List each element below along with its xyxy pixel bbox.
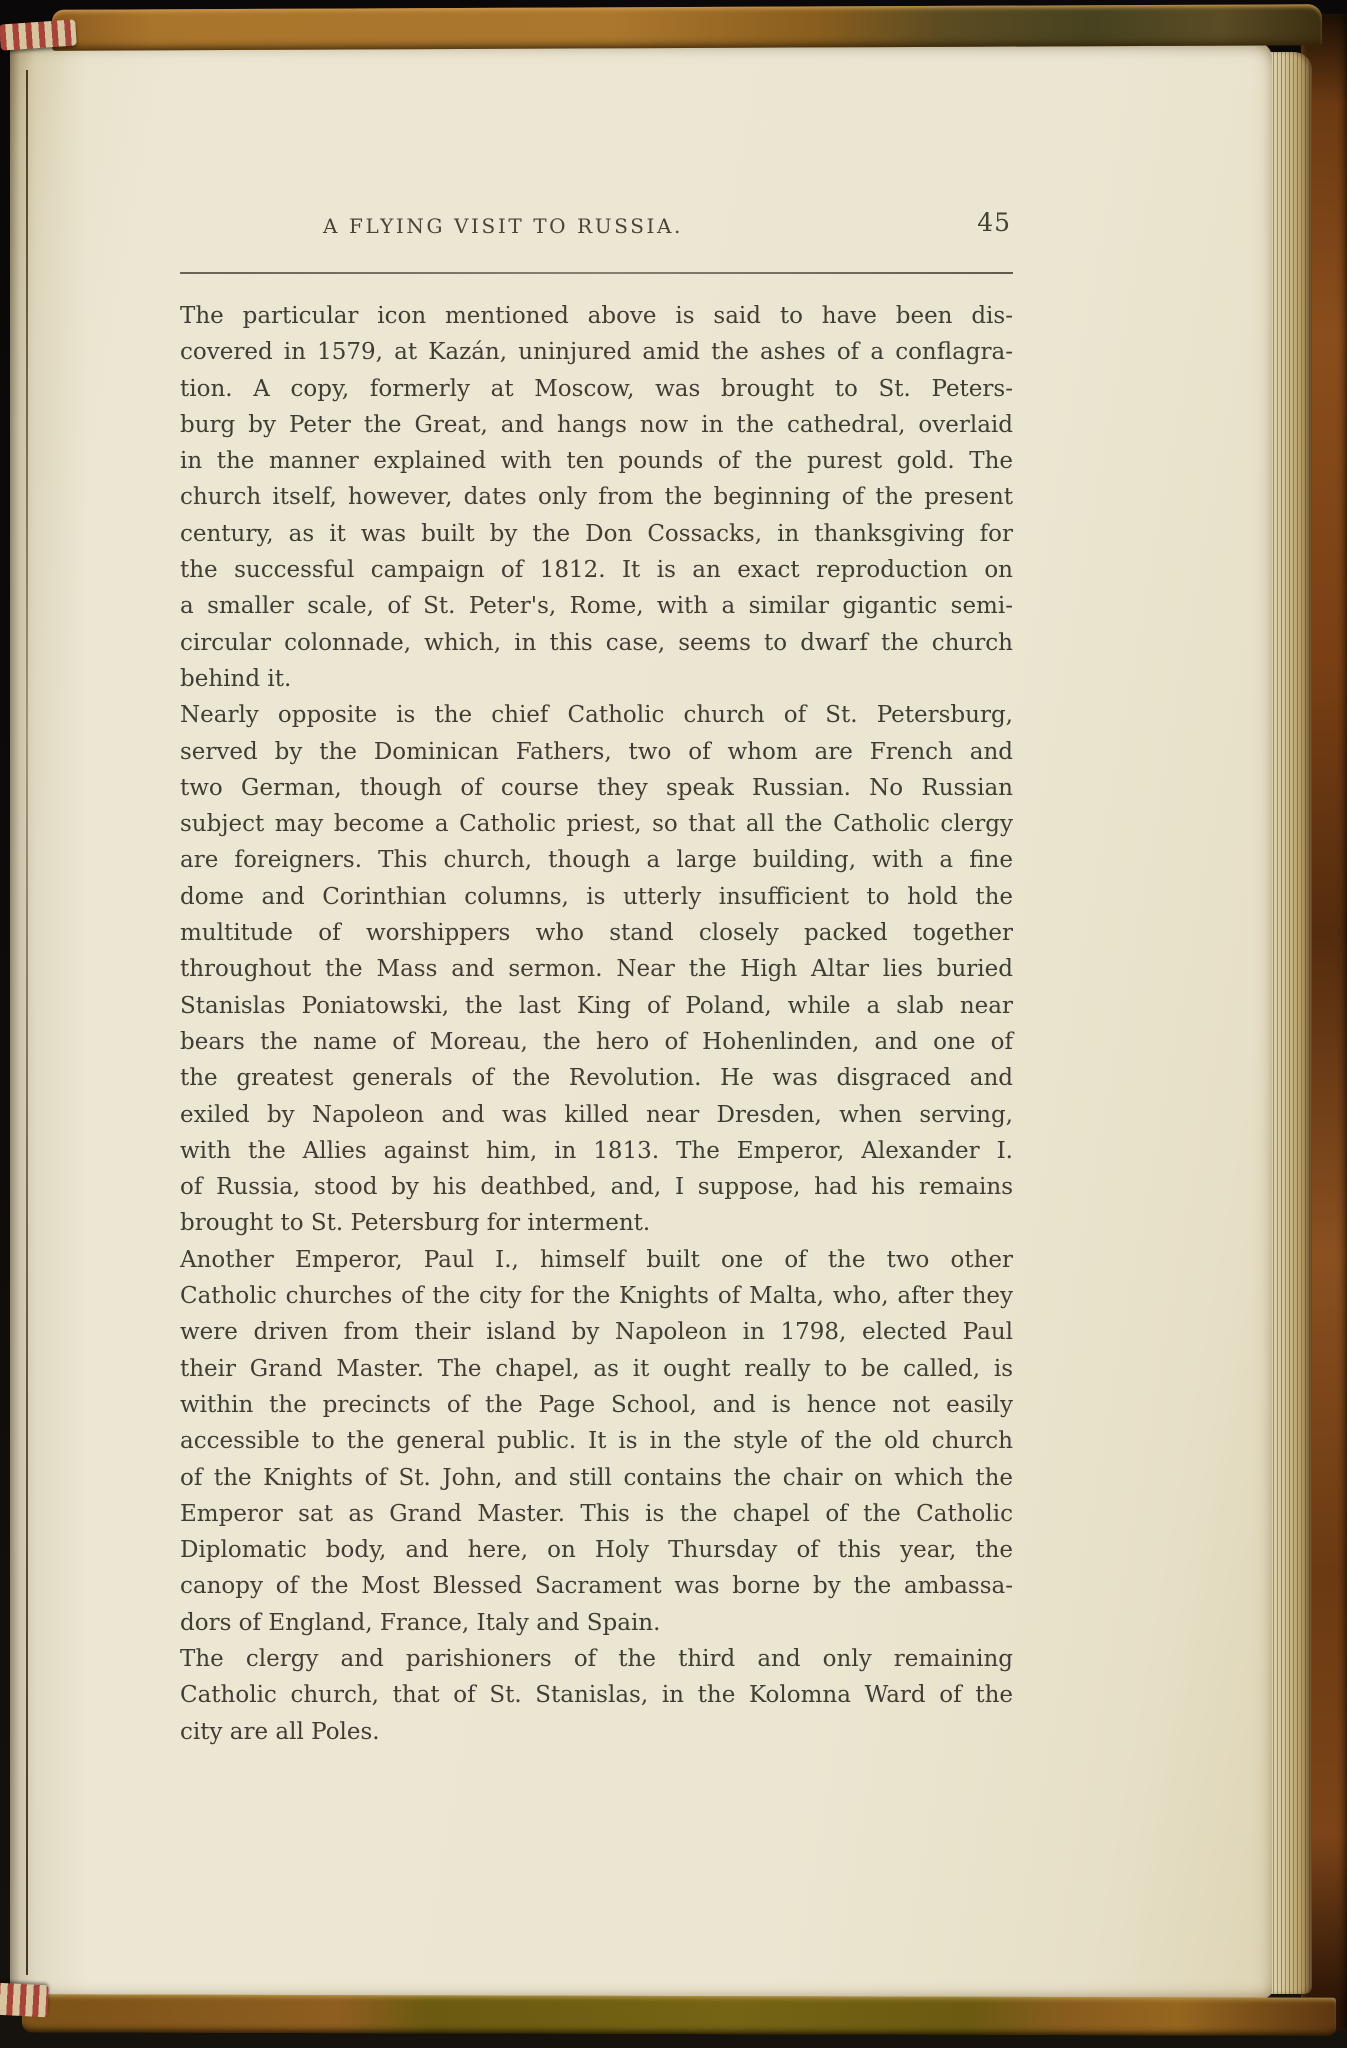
printed-page-content: A FLYING VISIT TO RUSSIA. 45 The particu…: [180, 212, 1013, 272]
text-line: church itself, however, dates only from …: [180, 479, 1013, 515]
paragraph-4: The clergy and parishioners of the third…: [180, 1641, 1013, 1750]
text-line: canopy of the Most Blessed Sacrament was…: [180, 1568, 1013, 1604]
spine-gutter-shadow: [10, 42, 88, 1998]
text-line: Diplomatic body, and here, on Holy Thurs…: [180, 1532, 1013, 1568]
headband-bottom: [0, 1983, 49, 2018]
spine-gutter-crease: [26, 70, 28, 1975]
text-line: brought to St. Petersburg for interment.: [180, 1205, 1013, 1241]
text-line: Catholic churches of the city for the Kn…: [180, 1278, 1013, 1314]
text-line: the greatest generals of the Revolution.…: [180, 1060, 1013, 1096]
text-line: Another Emperor, Paul I., himself built …: [180, 1242, 1013, 1278]
book-cover-bottom-edge: [22, 1994, 1336, 2035]
text-line: Emperor sat as Grand Master. This is the…: [180, 1496, 1013, 1532]
text-line: were driven from their island by Napoleo…: [180, 1314, 1013, 1350]
text-line: their Grand Master. The chapel, as it ou…: [180, 1351, 1013, 1387]
running-header-title: A FLYING VISIT TO RUSSIA.: [323, 214, 683, 238]
page-number: 45: [977, 208, 1011, 237]
text-line: dome and Corinthian columns, is utterly …: [180, 879, 1013, 915]
paragraph-1: The particular icon mentioned above is s…: [180, 298, 1013, 697]
text-line: with the Allies against him, in 1813. Th…: [180, 1133, 1013, 1169]
text-line: Nearly opposite is the chief Catholic ch…: [180, 697, 1013, 733]
page-stack-fore-edge: [1266, 52, 1312, 1994]
text-line: circular colonnade, which, in this case,…: [180, 625, 1013, 661]
text-line: within the precincts of the Page School,…: [180, 1387, 1013, 1423]
text-line: subject may become a Catholic priest, so…: [180, 806, 1013, 842]
text-line: Catholic church, that of St. Stanislas, …: [180, 1677, 1013, 1713]
book-cover-top-edge: [52, 4, 1322, 51]
text-line: The particular icon mentioned above is s…: [180, 298, 1013, 334]
text-line: exiled by Napoleon and was killed near D…: [180, 1097, 1013, 1133]
text-line: bears the name of Moreau, the hero of Ho…: [180, 1024, 1013, 1060]
text-line: accessible to the general public. It is …: [180, 1423, 1013, 1459]
text-line: behind it.: [180, 661, 1013, 697]
header-rule: [180, 272, 1013, 274]
running-header: A FLYING VISIT TO RUSSIA. 45: [180, 212, 1013, 272]
paragraph-2: Nearly opposite is the chief Catholic ch…: [180, 697, 1013, 1241]
photographed-book: A FLYING VISIT TO RUSSIA. 45 The particu…: [0, 0, 1347, 2048]
text-line: are foreigners. This church, though a la…: [180, 842, 1013, 878]
headband-top: [0, 19, 77, 50]
paragraph-3: Another Emperor, Paul I., himself built …: [180, 1242, 1013, 1641]
text-line: of the Knights of St. John, and still co…: [180, 1460, 1013, 1496]
text-line: throughout the Mass and sermon. Near the…: [180, 951, 1013, 987]
text-line: covered in 1579, at Kazán, uninjured ami…: [180, 334, 1013, 370]
text-line: The clergy and parishioners of the third…: [180, 1641, 1013, 1677]
text-line: of Russia, stood by his deathbed, and, I…: [180, 1169, 1013, 1205]
text-line: in the manner explained with ten pounds …: [180, 443, 1013, 479]
text-line: a smaller scale, of St. Peter's, Rome, w…: [180, 588, 1013, 624]
text-line: served by the Dominican Fathers, two of …: [180, 734, 1013, 770]
text-line: tion. A copy, formerly at Moscow, was br…: [180, 371, 1013, 407]
text-line: Stanislas Poniatowski, the last King of …: [180, 988, 1013, 1024]
text-line: century, as it was built by the Don Coss…: [180, 516, 1013, 552]
text-line: two German, though of course they speak …: [180, 770, 1013, 806]
text-line: city are all Poles.: [180, 1714, 1013, 1750]
body-text: The particular icon mentioned above is s…: [180, 298, 1013, 1750]
text-line: burg by Peter the Great, and hangs now i…: [180, 407, 1013, 443]
text-line: the successful campaign of 1812. It is a…: [180, 552, 1013, 588]
text-line: dors of England, France, Italy and Spain…: [180, 1605, 1013, 1641]
text-line: multitude of worshippers who stand close…: [180, 915, 1013, 951]
